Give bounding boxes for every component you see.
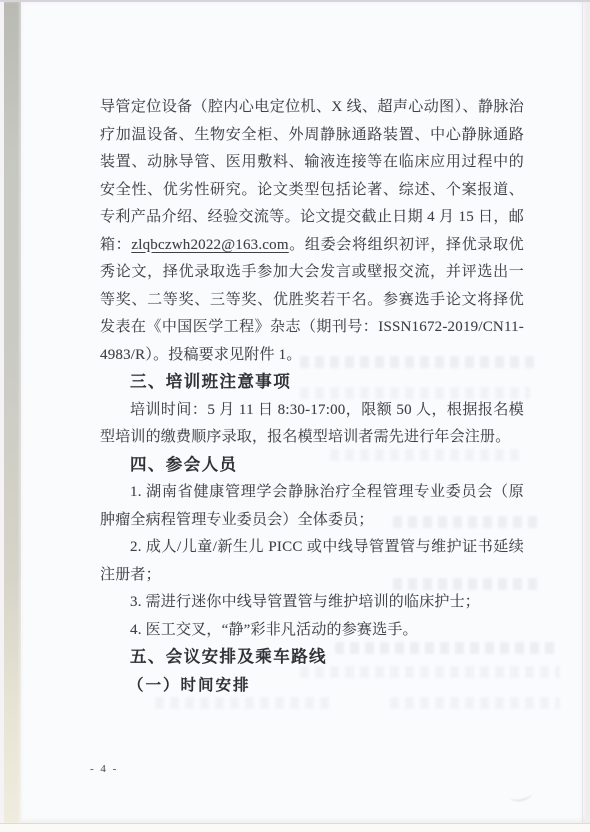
scan-bottom-edge: [0, 823, 590, 832]
bleed-through-smudge: [393, 578, 543, 590]
paragraph-text-before-email: 导管定位设备（腔内心电定位机、X 线、超声心动图）、静脉治疗加温设备、生物安全柜…: [100, 99, 524, 253]
bleed-through-smudge: [335, 642, 560, 654]
page-number: - 4 -: [90, 763, 118, 775]
bleed-through-smudge: [300, 356, 535, 368]
list-item-midline-training-nurses: 3. 需进行迷你中线导管置管与维护培训的临床护士；: [100, 589, 524, 617]
bleed-through-smudge: [393, 516, 543, 528]
scan-right-edge: [586, 2, 590, 823]
bleed-through-smudge: [300, 387, 530, 399]
email-address: zlqbczwh2022@163.com: [131, 237, 288, 253]
scan-spine-shadow: [4, 2, 21, 823]
bleed-through-smudge: [390, 697, 560, 709]
paragraph-paper-submission: 导管定位设备（腔内心电定位机、X 线、超声心动图）、静脉治疗加温设备、生物安全柜…: [100, 94, 524, 369]
bleed-through-smudge: [155, 697, 335, 709]
bleed-through-smudge: [330, 449, 520, 461]
list-item-contest-participants: 4. 医工交叉，“静”彩非凡活动的参赛选手。: [100, 617, 524, 645]
bleed-through-smudge: [300, 666, 560, 678]
document-page: 导管定位设备（腔内心电定位机、X 线、超声心动图）、静脉治疗加温设备、生物安全柜…: [21, 2, 586, 823]
pencil-mark: [509, 788, 533, 803]
paragraph-text-after-email: 。组委会将组织初评，择优录取优秀论文，择优录取选手参加大会发言或壁报交流，并评选…: [100, 237, 524, 363]
paragraph-training-time: 培训时间：5 月 11 日 8:30-17:00，限额 50 人，根据报名模型培…: [100, 397, 524, 452]
